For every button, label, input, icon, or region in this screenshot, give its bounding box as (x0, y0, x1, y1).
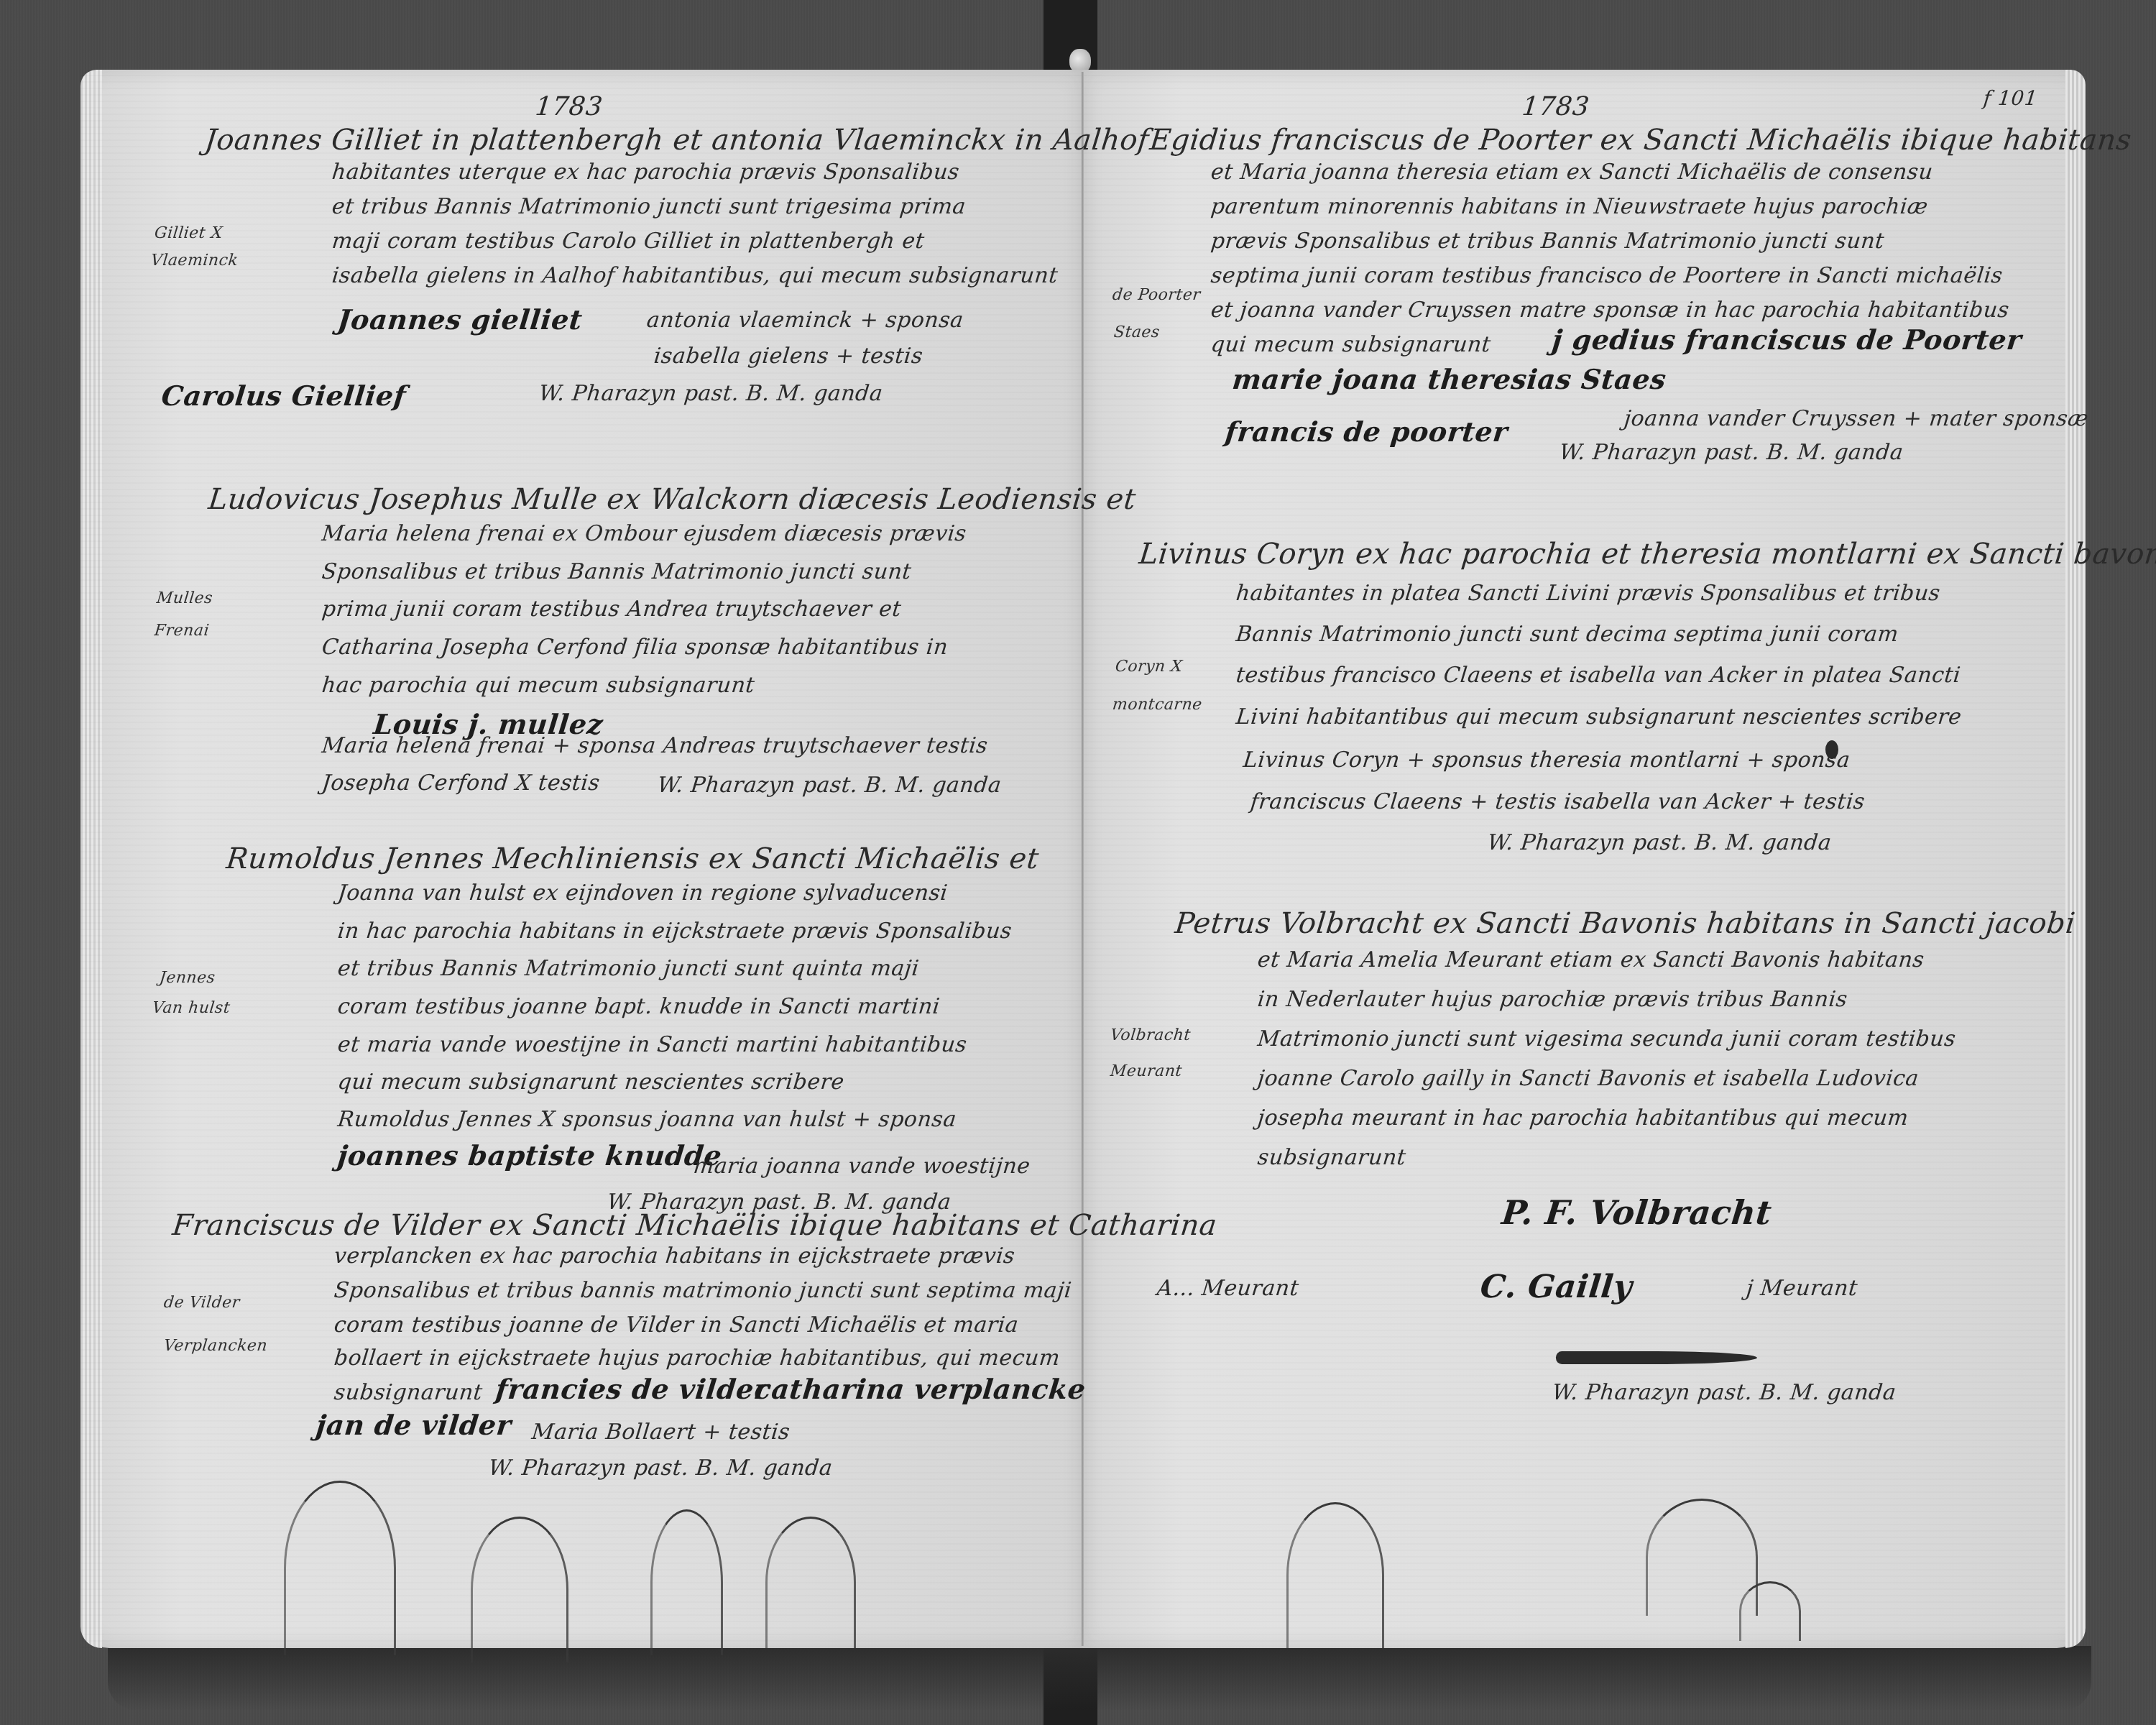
ink-stroke (1556, 1351, 1757, 1364)
ink-blot (1825, 740, 1838, 759)
entry-line: et tribus Bannis Matrimonio juncti sunt … (331, 194, 967, 219)
flourish-mark (765, 1517, 856, 1648)
entry-line: in hac parochia habitans in eijckstraete… (336, 919, 1013, 944)
flourish-mark (1739, 1581, 1801, 1641)
entry-line: Sponsalibus et tribus bannis matrimonio … (333, 1278, 1073, 1303)
signature: j gedius franciscus de Poorter (1551, 323, 2024, 356)
entry-line: isabella gielens in Aalhof habitantibus,… (331, 263, 1059, 288)
margin-note: Frenai (154, 622, 211, 640)
signature: Josepha Cerfond X testis (321, 770, 601, 796)
entry-line: Petrus Volbracht ex Sancti Bavonis habit… (1174, 907, 2077, 940)
entry-line: joanne Carolo gailly in Sancti Bavonis e… (1256, 1066, 1920, 1091)
entry-line: Rumoldus Jennes Mechliniensis ex Sancti … (225, 842, 1041, 875)
signature: antonia vlaeminck + sponsa (645, 308, 964, 333)
entry-line: habitantes uterque ex hac parochia prævi… (331, 160, 961, 185)
entry-line: Joanna van hulst ex eijndoven in regione… (336, 880, 949, 906)
entry-line: Livinus Coryn ex hac parochia et theresi… (1138, 538, 2156, 571)
margin-note: Mulles (156, 589, 214, 607)
entry-line: Catharina Josepha Cerfond filia sponsæ h… (321, 635, 949, 660)
entry-line: josepha meurant in hac parochia habitant… (1256, 1105, 1909, 1131)
entry-line: Maria helena frenai ex Ombour ejusdem di… (321, 521, 967, 546)
entry-line: subsignarunt (333, 1380, 484, 1405)
entry-line: hac parochia qui mecum subsignarunt (321, 673, 756, 698)
margin-note: Van hulst (152, 999, 231, 1017)
signature: A... Meurant (1156, 1276, 1300, 1301)
entry-line: Joannes Gilliet in plattenbergh et anton… (203, 124, 1151, 157)
signature: franciscus Claeens + testis isabella van… (1249, 789, 1866, 814)
signature: maria joanna vande woestijne (692, 1154, 1031, 1179)
entry-line: et Maria Amelia Meurant etiam ex Sancti … (1256, 947, 1925, 972)
entry-line: coram testibus joanne de Vilder in Sanct… (333, 1312, 1020, 1338)
signature: C. Gailly (1478, 1269, 1634, 1305)
entry-line: Livini habitantibus qui mecum subsignaru… (1235, 704, 1963, 730)
entry-line: parentum minorennis habitans in Nieuwstr… (1210, 194, 1929, 219)
margin-note: montcarne (1112, 696, 1203, 714)
margin-note: de Vilder (163, 1294, 241, 1312)
entry-line: maji coram testibus Carolo Gilliet in pl… (331, 229, 926, 254)
signature: Joannes gielliet (336, 303, 584, 336)
signature: Carolus Giellief (160, 379, 408, 412)
priest-signature: W. Pharazyn past. B. M. ganda (487, 1455, 834, 1481)
entry-line: et joanna vander Cruyssen matre sponsæ i… (1210, 298, 2010, 323)
entry-line: Ludovicus Josephus Mulle ex Walckorn diæ… (207, 483, 1138, 516)
entry-line: prima junii coram testibus Andrea truyts… (321, 597, 903, 622)
signature: Maria helena frenai + sponsa Andreas tru… (321, 733, 989, 758)
priest-signature: W. Pharazyn past. B. M. ganda (1551, 1380, 1897, 1405)
signature: catharina verplancke (753, 1373, 1087, 1405)
margin-note: Jennes (159, 969, 216, 987)
entry-line: bollaert in eijckstraete hujus parochiæ … (333, 1345, 1061, 1371)
entry-line: in Nederlauter hujus parochiæ prævis tri… (1256, 987, 1848, 1012)
margin-note: Verplancken (163, 1337, 269, 1355)
entry-line: qui mecum subsignarunt (1210, 332, 1492, 357)
priest-signature: W. Pharazyn past. B. M. ganda (538, 381, 884, 406)
entry-line: habitantes in platea Sancti Livini prævi… (1235, 581, 1941, 606)
entry-line: subsignarunt (1256, 1145, 1407, 1170)
entry-line: Bannis Matrimonio juncti sunt decima sep… (1235, 622, 1899, 647)
page-shadow (108, 1646, 2091, 1711)
margin-note: Meurant (1110, 1062, 1183, 1080)
margin-note: Gilliet X (154, 224, 224, 242)
entry-line: qui mecum subsignarunt nescientes scribe… (336, 1069, 845, 1095)
flourish-mark (471, 1517, 568, 1662)
margin-note: Staes (1113, 323, 1161, 341)
signature: jan de vilder (315, 1409, 513, 1441)
signature: P. F. Volbracht (1500, 1193, 1774, 1232)
signature: Livinus Coryn + sponsus theresia montlar… (1242, 747, 1851, 773)
margin-note: de Poorter (1112, 286, 1202, 304)
entry-line: prævis Sponsalibus et tribus Bannis Matr… (1210, 229, 1886, 254)
signature: joannes baptiste knudde (336, 1139, 724, 1172)
gutter-fold (1082, 72, 1084, 1646)
entry-line: coram testibus joanne bapt. knudde in Sa… (336, 994, 941, 1019)
entry-line: testibus francisco Claeens et isabella v… (1235, 663, 1962, 688)
year-heading-right: 1783 (1521, 92, 1591, 121)
entry-line: Franciscus de Vilder ex Sancti Michaëlis… (171, 1209, 1219, 1242)
entry-line: verplancken ex hac parochia habitans in … (333, 1243, 1016, 1269)
flourish-mark (1646, 1499, 1758, 1616)
signature: Maria Bollaert + testis (530, 1420, 791, 1445)
entry-line: Egidius franciscus de Poorter ex Sancti … (1148, 124, 2134, 157)
entry-line: Matrimonio juncti sunt vigesima secunda … (1256, 1026, 1957, 1052)
margin-note: Coryn X (1115, 658, 1184, 676)
entry-line: et maria vande woestijne in Sancti marti… (336, 1032, 968, 1057)
priest-signature: W. Pharazyn past. B. M. ganda (1558, 440, 1904, 465)
signature: isabella gielens + testis (653, 344, 924, 369)
year-heading-left: 1783 (534, 92, 604, 121)
signature: francies de vilder (494, 1373, 770, 1405)
signature: marie joana theresias Staes (1231, 363, 1668, 395)
priest-signature: W. Pharazyn past. B. M. ganda (656, 773, 1003, 798)
margin-note: Volbracht (1110, 1026, 1192, 1044)
priest-signature: W. Pharazyn past. B. M. ganda (1486, 830, 1833, 855)
entry-line: septima junii coram testibus francisco d… (1210, 263, 2004, 288)
flourish-mark (1286, 1502, 1384, 1648)
folio-number: f 101 (1982, 86, 2039, 110)
entry-line: et tribus Bannis Matrimonio juncti sunt … (336, 956, 920, 981)
signature: Rumoldus Jennes X sponsus joanna van hul… (336, 1107, 957, 1132)
margin-note: Vlaeminck (150, 252, 239, 270)
signature: j Meurant (1745, 1276, 1858, 1301)
flourish-mark (284, 1481, 396, 1655)
entry-line: Sponsalibus et tribus Bannis Matrimonio … (321, 559, 913, 584)
flourish-mark (650, 1509, 723, 1655)
entry-line: et Maria joanna theresia etiam ex Sancti… (1210, 160, 1934, 185)
signature: joanna vander Cruyssen + mater sponsæ (1623, 406, 2090, 431)
signature: francis de poorter (1224, 415, 1510, 448)
